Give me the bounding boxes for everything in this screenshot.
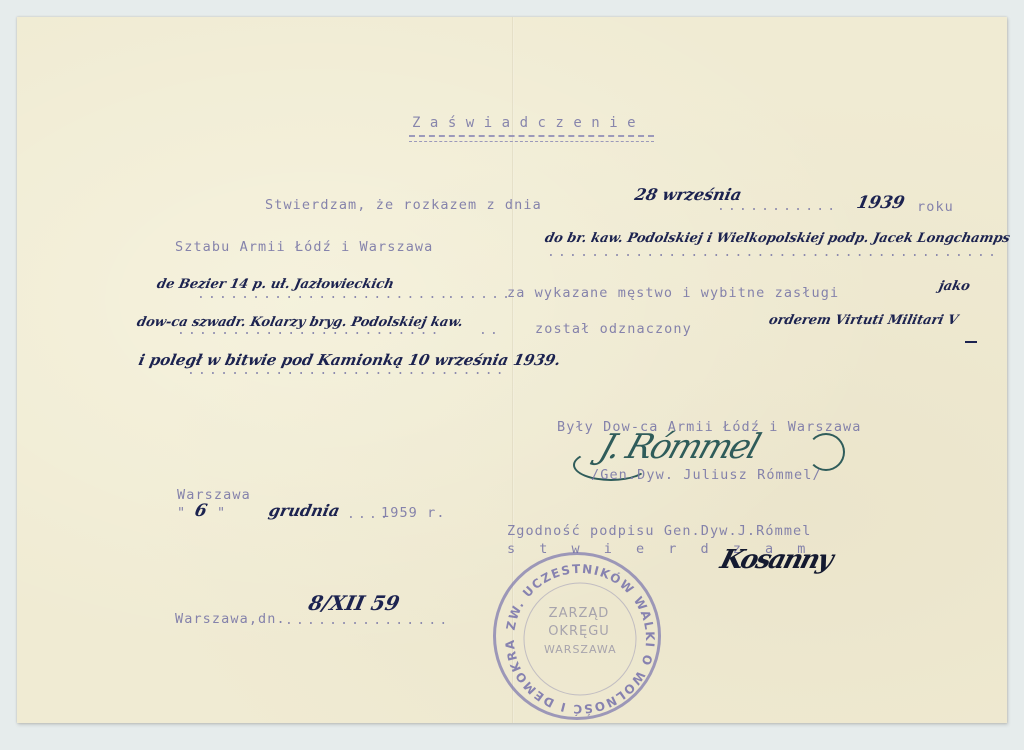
stamp-center-line: OKRĘGU (544, 623, 614, 641)
line3-typed-end: za wykazane męstwo i wybitne zasługi (507, 285, 839, 301)
stamp-center: ZARZĄD OKRĘGU WARSZAWA (544, 605, 614, 659)
year-typed: 1959 r. (381, 505, 446, 521)
line2-dots: ........................................… (547, 245, 999, 260)
day-quote-open: " (177, 505, 186, 521)
signature-flourish-end (807, 433, 845, 471)
line4-typed-mid: został odznaczony (535, 321, 692, 337)
stamp-center-line: ZARZĄD (544, 605, 614, 623)
certification-line1: Zgodność podpisu Gen.Dyw.J.Rómmel (507, 523, 812, 539)
line1-typed-start: Stwierdzam, że rozkazem z dnia (265, 197, 542, 213)
line4-hand-end: orderem Virtuti Militari V (767, 313, 959, 328)
line3-dots-under: ....................... (197, 287, 451, 302)
certifier-signature: Kosanny (717, 545, 835, 575)
day-quote-close: " (217, 505, 226, 521)
month-hand: grudnia (267, 501, 342, 520)
line4-dots-under: ........................ (177, 323, 442, 338)
general-name-line: /Gen.Dyw. Juliusz Rómmel/ (591, 467, 822, 483)
place-city: Warszawa (177, 487, 251, 503)
line4-dots: .. (479, 323, 501, 338)
stamp-center-line: WARSZAWA (544, 641, 614, 659)
footer-hand-date: 8/XII 59 (306, 591, 401, 615)
line1-typed-end: roku (917, 199, 954, 215)
footer-place: Warszawa,dn. (175, 611, 286, 627)
line1-hand-year: 1939 (855, 193, 907, 213)
line3-hand-end: jako (937, 279, 971, 294)
line2-typed-start: Sztabu Armii Łódź i Warszawa (175, 239, 433, 255)
line4-underline (965, 341, 977, 343)
line1-dots: ........... (717, 199, 838, 214)
line5-dots-under: ............................. (187, 363, 507, 378)
document-title: Zaświadczenie (412, 115, 645, 131)
footer-dots: ............... (285, 613, 450, 628)
day-hand: 6 (193, 501, 209, 521)
title-underline (409, 135, 654, 142)
line2-hand: do br. kaw. Podolskiej i Wielkopolskiej … (543, 231, 1011, 246)
document-paper: Zaświadczenie Stwierdzam, że rozkazem z … (17, 17, 1007, 723)
line3-dots: ...... (447, 287, 513, 302)
organization-stamp: ZW. UCZESTNIKÓW WALKI O WOLNOŚĆ I DEMOKR… (493, 552, 661, 720)
